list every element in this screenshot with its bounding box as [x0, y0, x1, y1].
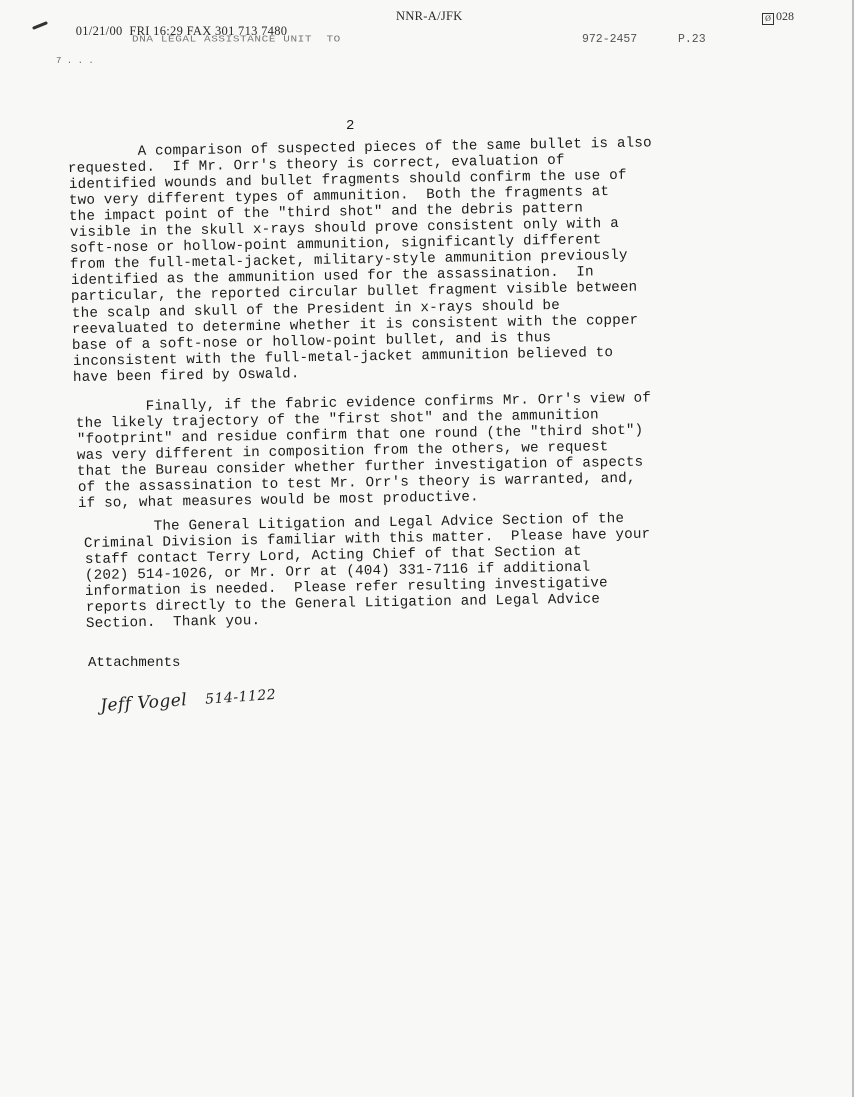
- fax-page-counter: Ø028: [762, 9, 794, 25]
- fax-page-number: P.23: [678, 33, 706, 46]
- fax-header-line-2: DNA LEGAL ASSISTANCE UNIT TO: [60, 35, 341, 45]
- handwritten-name: Jeff Vogel: [100, 690, 188, 716]
- handwritten-note: Jeff Vogel514-1122: [100, 684, 277, 716]
- text-line: have been fired by Oswald.: [73, 366, 300, 386]
- fax-number: 972-2457: [582, 33, 637, 46]
- fax-noise: 7 . . .: [56, 56, 94, 66]
- attachments-label: Attachments: [88, 655, 180, 671]
- page-counter-value: 028: [776, 9, 794, 23]
- handwritten-phone: 514-1122: [205, 687, 277, 708]
- page-box-icon: Ø: [762, 13, 774, 25]
- fax-page: 01/21/00 FRI 16:29 FAX 301 713 7480 NNR-…: [0, 0, 854, 1097]
- page-number: 2: [346, 118, 354, 134]
- pen-mark: [32, 21, 48, 30]
- text-line: Section. Thank you.: [86, 613, 261, 632]
- fax-sender: DNA LEGAL ASSISTANCE UNIT TO: [132, 35, 341, 45]
- archive-tag: NNR-A/JFK: [396, 9, 463, 24]
